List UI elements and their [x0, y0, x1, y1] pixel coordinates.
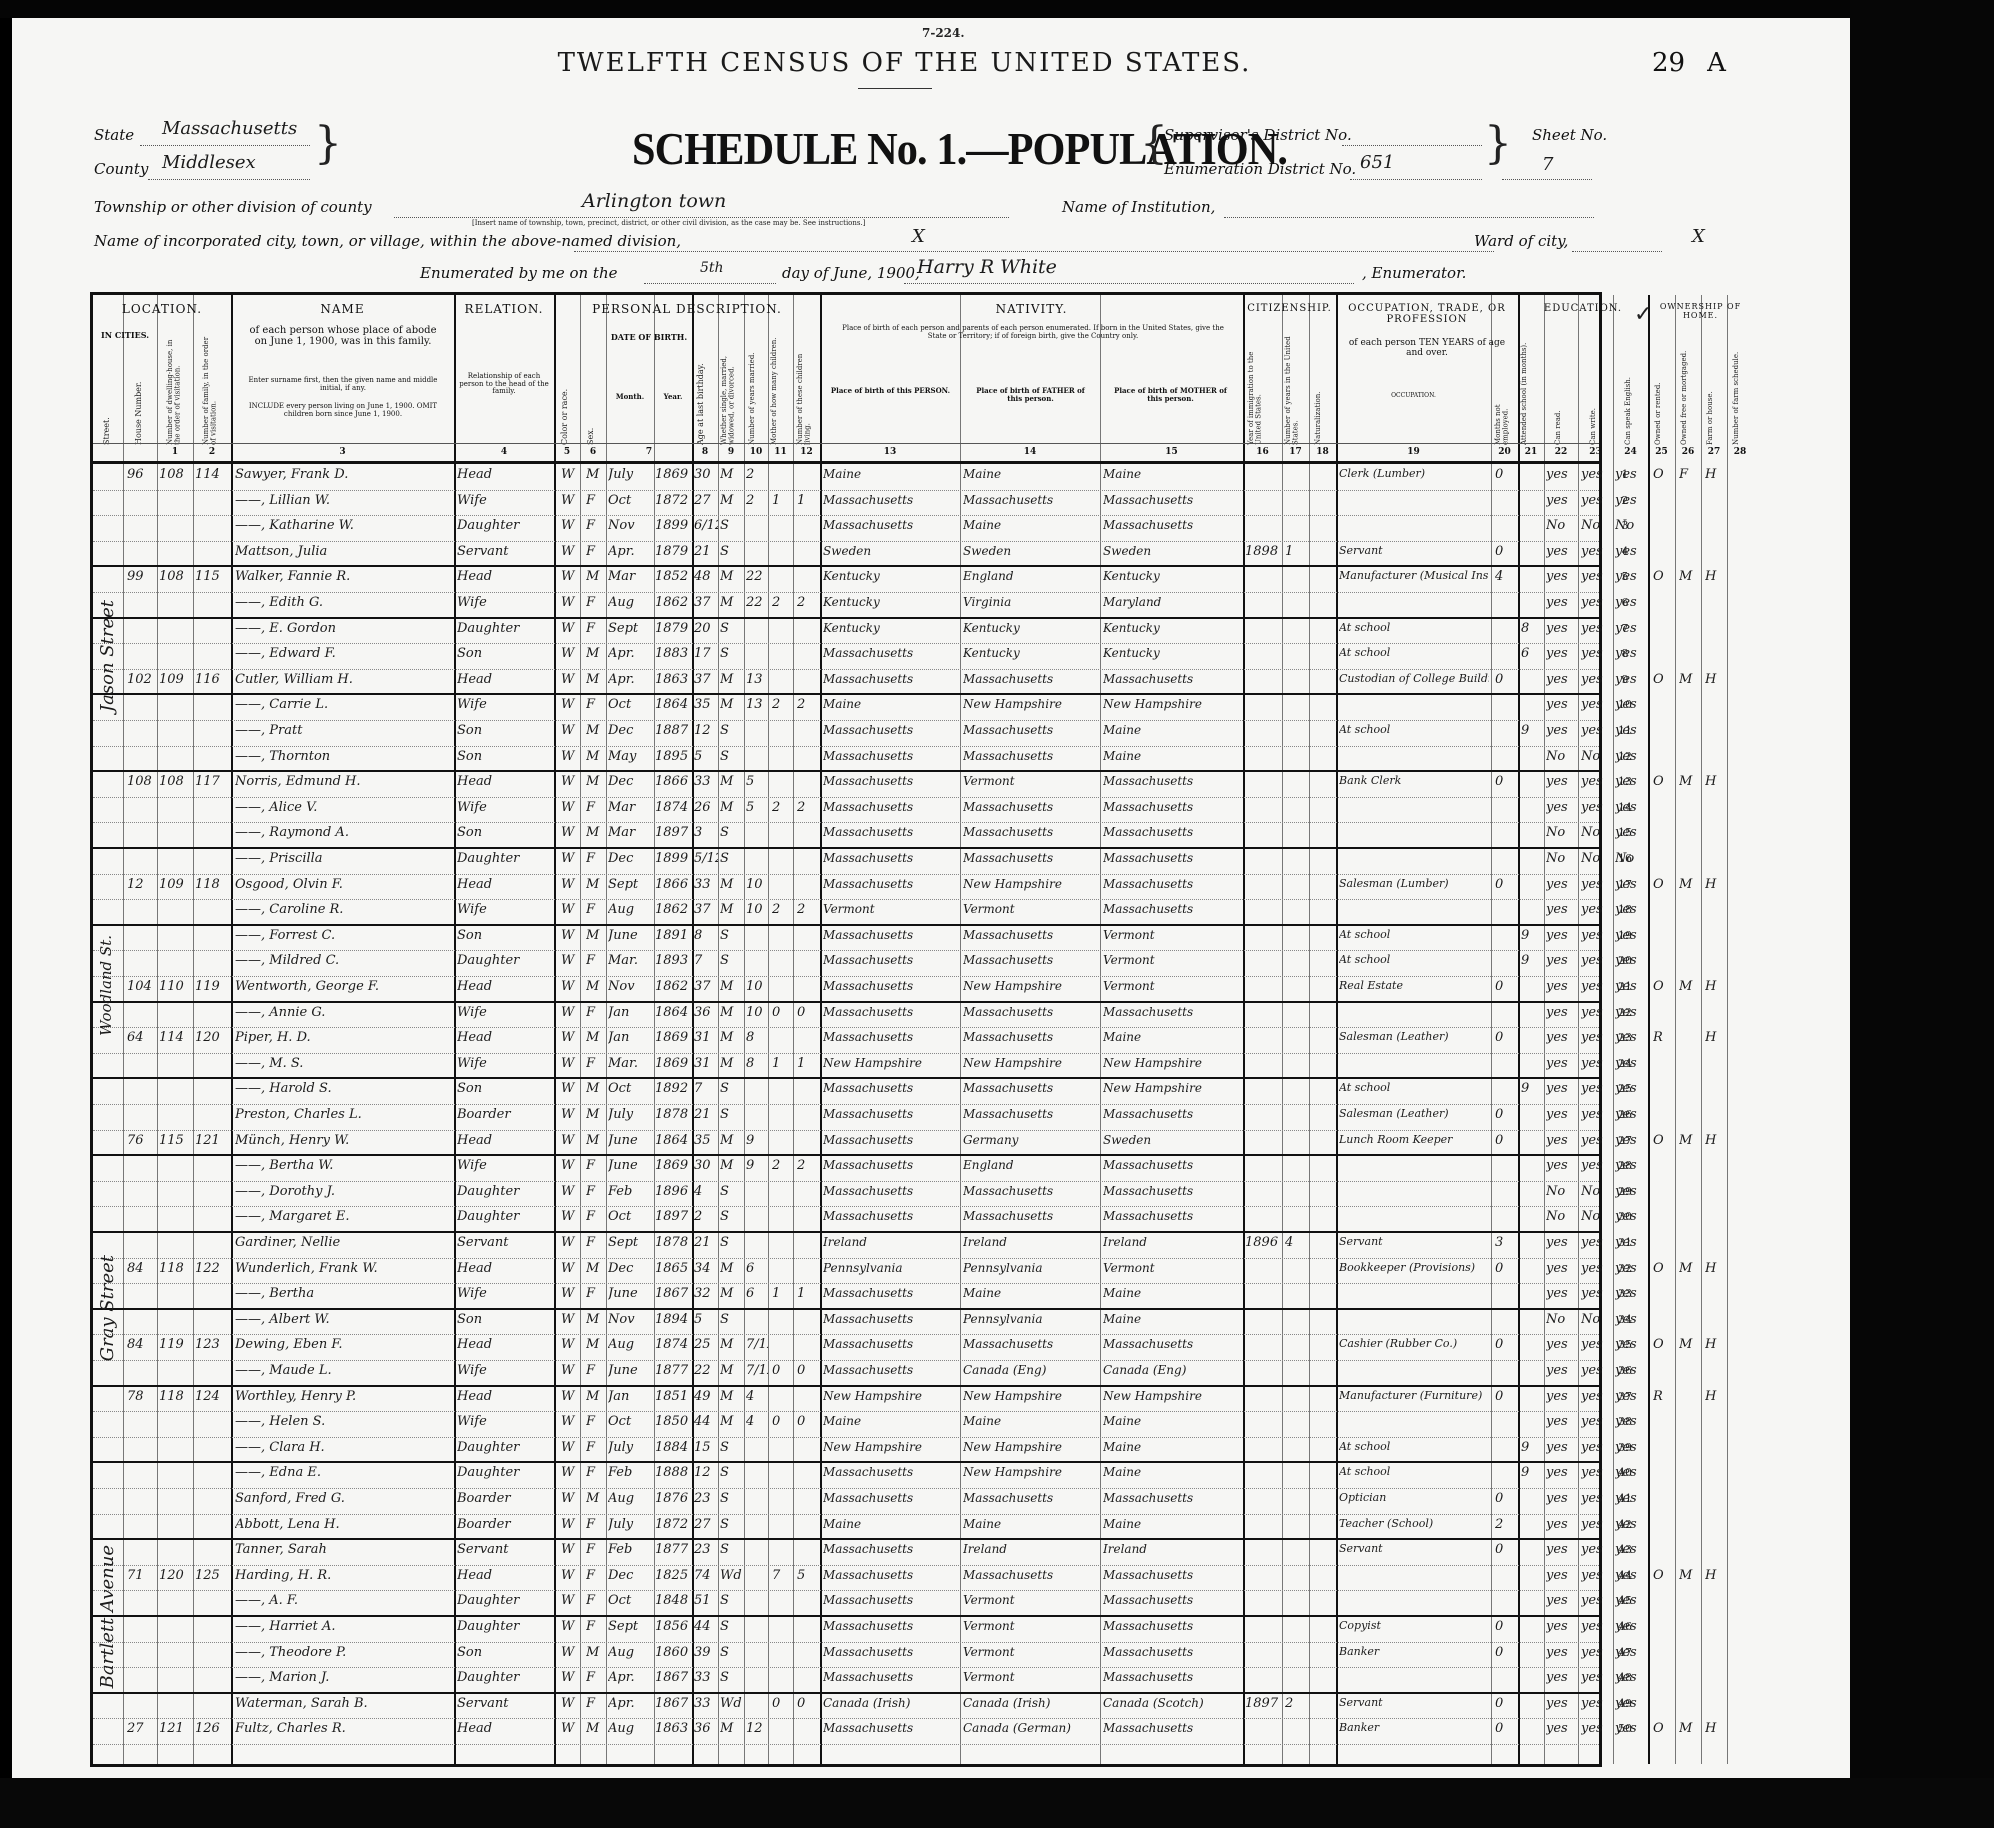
cell-birth: Vermont	[823, 902, 959, 916]
cell-name: Norris, Edmund H.	[235, 774, 451, 789]
table-row: ——, Katharine W.DaughterWFNov18996/12SMa…	[93, 516, 1599, 542]
cell-dwelling: 120	[159, 1568, 193, 1583]
cell-relation: Servant	[457, 1235, 553, 1250]
cell-age: 37	[694, 979, 718, 994]
cell-relation: Daughter	[457, 621, 553, 636]
cell-birth: Massachusetts	[823, 774, 959, 788]
cell-age: 36	[694, 1721, 718, 1736]
vh-months-unemployed: Months not employed.	[1495, 385, 1515, 445]
cell-read: yes	[1546, 1261, 1578, 1276]
cell-school: 9	[1521, 953, 1543, 968]
cell-father: Vermont	[963, 774, 1099, 788]
cell-year: 1848	[655, 1593, 693, 1608]
cell-mother: New Hampshire	[1103, 697, 1241, 711]
cell-age: 7	[694, 953, 718, 968]
cell-read: yes	[1546, 1465, 1578, 1480]
enumerated-label: Enumerated by me on the	[420, 264, 618, 282]
cell-sex: F	[586, 1158, 604, 1173]
cell-dwelling: 119	[159, 1337, 193, 1352]
cell-color: W	[561, 646, 579, 661]
cell-month: Sept	[608, 877, 654, 892]
cell-month: July	[608, 467, 654, 482]
line-number: 50	[1610, 1722, 1640, 1735]
cell-marital: M	[720, 1133, 744, 1148]
cell-year: 1894	[655, 1312, 693, 1327]
cell-mother: Ireland	[1103, 1235, 1241, 1249]
cell-dwelling: 109	[159, 877, 193, 892]
cell-read: yes	[1546, 569, 1578, 584]
table-row: ——, Lillian W.WifeWFOct187227M211Massach…	[93, 491, 1599, 517]
cell-month: Apr.	[608, 672, 654, 687]
cell-year: 1864	[655, 1005, 693, 1020]
cell-sex: M	[586, 1721, 604, 1736]
cell-age: 23	[694, 1542, 718, 1557]
cell-year: 1867	[655, 1696, 693, 1711]
cell-birth: Massachusetts	[823, 518, 959, 532]
cell-color: W	[561, 1261, 579, 1276]
cell-age: 37	[694, 672, 718, 687]
cell-write: No	[1581, 851, 1613, 866]
cell-unemployed: 0	[1495, 1542, 1517, 1557]
street-label: Jason Street	[97, 600, 118, 712]
cell-age: 30	[694, 1158, 718, 1173]
cell-father: England	[963, 569, 1099, 583]
cell-house: 78	[127, 1389, 161, 1404]
cell-name: ——, Dorothy J.	[235, 1184, 451, 1199]
cell-own: R	[1653, 1030, 1675, 1045]
cell-name: Wentworth, George F.	[235, 979, 451, 994]
cell-mother: New Hampshire	[1103, 1056, 1241, 1070]
cell-age: 23	[694, 1491, 718, 1506]
cell-year: 1869	[655, 1030, 693, 1045]
cell-mother: Massachusetts	[1103, 493, 1241, 507]
cell-school: 9	[1521, 1440, 1543, 1455]
cell-mother: Massachusetts	[1103, 1593, 1241, 1607]
cell-free: M	[1679, 979, 1701, 994]
cell-birth: Ireland	[823, 1235, 959, 1249]
cell-month: Aug	[608, 1337, 654, 1352]
enumerated-date: day of June, 1900,	[782, 264, 920, 282]
cell-write: No	[1581, 1312, 1613, 1327]
cell-color: W	[561, 800, 579, 815]
ward-value: X	[1692, 226, 1705, 247]
cell-mother: Vermont	[1103, 953, 1241, 967]
cell-mother: Vermont	[1103, 1261, 1241, 1275]
cell-color: W	[561, 1235, 579, 1250]
cell-month: July	[608, 1440, 654, 1455]
cell-age: 21	[694, 1107, 718, 1122]
cell-occupation: Manufacturer (Musical Instr.)	[1339, 569, 1489, 582]
line-number: 25	[1610, 1082, 1640, 1095]
cell-unemployed: 0	[1495, 1645, 1517, 1660]
cell-write: yes	[1581, 979, 1613, 994]
cell-write: yes	[1581, 1337, 1613, 1352]
cell-marital: M	[720, 493, 744, 508]
cell-yrs-married: 7/12	[746, 1337, 768, 1352]
cell-relation: Servant	[457, 1542, 553, 1557]
cell-birth: Massachusetts	[823, 1209, 959, 1223]
section-location: LOCATION.	[93, 303, 231, 316]
cell-mother-of: 0	[772, 1363, 792, 1378]
cell-relation: Head	[457, 877, 553, 892]
cell-house: 84	[127, 1261, 161, 1276]
cell-age: 12	[694, 723, 718, 738]
line-number: 4	[1610, 545, 1640, 558]
cell-sex: F	[586, 1209, 604, 1224]
cell-name: ——, Margaret E.	[235, 1209, 451, 1224]
cell-father: New Hampshire	[963, 1056, 1099, 1070]
cell-mother: Massachusetts	[1103, 1337, 1241, 1351]
line-number: 7	[1610, 622, 1640, 635]
cell-year: 1872	[655, 493, 693, 508]
cell-month: Dec	[608, 723, 654, 738]
cell-read: yes	[1546, 902, 1578, 917]
cell-yrs-married: 2	[746, 467, 768, 482]
cell-read: yes	[1546, 595, 1578, 610]
cell-father: Vermont	[963, 1645, 1099, 1659]
cell-color: W	[561, 544, 579, 559]
cell-name: ——, Pratt	[235, 723, 451, 738]
cell-write: yes	[1581, 1107, 1613, 1122]
cell-free: M	[1679, 877, 1701, 892]
cell-color: W	[561, 1337, 579, 1352]
column-number: 19	[1336, 447, 1491, 457]
cell-name: ——, Katharine W.	[235, 518, 451, 533]
cell-sex: M	[586, 749, 604, 764]
cell-year: 1863	[655, 1721, 693, 1736]
cell-year: 1883	[655, 646, 693, 661]
cell-birth: Massachusetts	[823, 1005, 959, 1019]
cell-family: 120	[195, 1030, 229, 1045]
cell-birth: Pennsylvania	[823, 1261, 959, 1275]
line-number: 31	[1610, 1236, 1640, 1249]
cell-living: 0	[797, 1363, 817, 1378]
vh-immigration: Year of immigration to the United States…	[1248, 335, 1278, 445]
cell-month: Feb	[608, 1542, 654, 1557]
cell-color: W	[561, 1517, 579, 1532]
cell-relation: Wife	[457, 697, 553, 712]
table-row: 78118124Worthley, Henry P.HeadWMJan18514…	[93, 1387, 1599, 1413]
line-number: 24	[1610, 1057, 1640, 1070]
cell-mother-of: 2	[772, 595, 792, 610]
cell-read: yes	[1546, 1568, 1578, 1583]
cell-write: yes	[1581, 774, 1613, 789]
cell-relation: Head	[457, 1389, 553, 1404]
cell-year: 1891	[655, 928, 693, 943]
cell-father: Maine	[963, 1286, 1099, 1300]
cell-relation: Daughter	[457, 953, 553, 968]
cell-family: 119	[195, 979, 229, 994]
cell-birth: Canada (Irish)	[823, 1696, 959, 1710]
cell-father: Massachusetts	[963, 825, 1099, 839]
table-row: ——, Raymond A.SonWMMar18973SMassachusett…	[93, 823, 1599, 849]
cell-name: ——, Raymond A.	[235, 825, 451, 840]
cell-house: 102	[127, 672, 161, 687]
cell-name: ——, Maude L.	[235, 1363, 451, 1378]
table-row: ——, Harriet A.DaughterWFSept185644SMassa…	[93, 1617, 1599, 1643]
cell-sex: M	[586, 1107, 604, 1122]
cell-month: Nov	[608, 518, 654, 533]
vh-can-write: Can write.	[1590, 385, 1598, 445]
cell-read: yes	[1546, 1235, 1578, 1250]
cell-mother: Massachusetts	[1103, 800, 1241, 814]
cell-marital: S	[720, 1491, 744, 1506]
cell-school: 6	[1521, 646, 1543, 661]
supervisor-label: Supervisor's District No.	[1164, 126, 1352, 144]
cell-mother: Massachusetts	[1103, 1005, 1241, 1019]
cell-write: yes	[1581, 467, 1613, 482]
column-number: 8	[692, 447, 718, 457]
cell-family: 126	[195, 1721, 229, 1736]
table-row: Preston, Charles L.BoarderWMJuly187821SM…	[93, 1105, 1599, 1131]
cell-marital: S	[720, 1235, 744, 1250]
cell-color: W	[561, 1133, 579, 1148]
cell-color: W	[561, 1030, 579, 1045]
relation-desc: Relationship of each person to the head …	[459, 373, 549, 396]
cell-month: Mar	[608, 800, 654, 815]
vh-naturalization: Naturalization.	[1315, 355, 1323, 445]
cell-unemployed: 3	[1495, 1235, 1517, 1250]
cell-month: June	[608, 1363, 654, 1378]
cell-name: ——, Helen S.	[235, 1414, 451, 1429]
cell-mother: Sweden	[1103, 1133, 1241, 1147]
cell-write: yes	[1581, 877, 1613, 892]
cell-write: yes	[1581, 595, 1613, 610]
cell-write: yes	[1581, 1081, 1613, 1096]
table-row: ——, E. GordonDaughterWFSept187920SKentuc…	[93, 619, 1599, 645]
table-row: ——, Maude L.WifeWFJune187722M7/1200Massa…	[93, 1361, 1599, 1387]
cell-unemployed: 0	[1495, 1030, 1517, 1045]
cell-sex: F	[586, 544, 604, 559]
cell-marital: S	[720, 1312, 744, 1327]
cell-age: 30	[694, 467, 718, 482]
line-number: 1	[1610, 468, 1640, 481]
cell-birth: Massachusetts	[823, 1312, 959, 1326]
cell-relation: Daughter	[457, 1465, 553, 1480]
cell-age: 8	[694, 928, 718, 943]
cell-sex: F	[586, 1184, 604, 1199]
cell-father: Pennsylvania	[963, 1261, 1099, 1275]
cell-unemployed: 0	[1495, 1261, 1517, 1276]
cell-yrs-married: 4	[746, 1414, 768, 1429]
cell-write: yes	[1581, 672, 1613, 687]
cell-mother: Massachusetts	[1103, 1670, 1241, 1684]
cell-own: O	[1653, 1261, 1675, 1276]
cell-read: yes	[1546, 1619, 1578, 1634]
cell-color: W	[561, 1005, 579, 1020]
cell-color: W	[561, 1184, 579, 1199]
cell-relation: Daughter	[457, 851, 553, 866]
cell-mother: Maine	[1103, 1312, 1241, 1326]
cell-age: 44	[694, 1414, 718, 1429]
cell-father: Kentucky	[963, 621, 1099, 635]
vh-attended-school: Attended school (in months).	[1521, 335, 1541, 445]
cell-age: 74	[694, 1568, 718, 1583]
cell-marital: M	[720, 1337, 744, 1352]
cell-sex: F	[586, 1670, 604, 1685]
cell-year: 1896	[655, 1184, 693, 1199]
cell-color: W	[561, 877, 579, 892]
vh-children-living: Number of these children living.	[797, 335, 817, 445]
cell-relation: Daughter	[457, 1619, 553, 1634]
cell-write: yes	[1581, 621, 1613, 636]
table-row: ——, Edith G.WifeWFAug186237M2222Kentucky…	[93, 593, 1599, 619]
cell-living: 2	[797, 902, 817, 917]
cell-yrs-married: 6	[746, 1261, 768, 1276]
cell-mother-of: 0	[772, 1696, 792, 1711]
cell-unemployed: 0	[1495, 1721, 1517, 1736]
cell-marital: S	[720, 1184, 744, 1199]
cell-father: Maine	[963, 1517, 1099, 1531]
cell-name: ——, Bertha W.	[235, 1158, 451, 1173]
cell-house: 27	[127, 1721, 161, 1736]
cell-marital: M	[720, 1056, 744, 1071]
cell-write: yes	[1581, 1645, 1613, 1660]
cell-mother: Sweden	[1103, 544, 1241, 558]
cell-occupation: Custodian of College Buildings	[1339, 672, 1489, 685]
cell-write: yes	[1581, 1389, 1613, 1404]
vh-dwelling: Number of dwelling-house, in the order o…	[167, 335, 189, 445]
line-number: 29	[1610, 1185, 1640, 1198]
cell-mother: Maine	[1103, 467, 1241, 481]
section-citizenship: CITIZENSHIP.	[1243, 303, 1336, 314]
cell-marital: Wd	[720, 1696, 744, 1711]
cell-name: ——, Alice V.	[235, 800, 451, 815]
cell-write: yes	[1581, 1133, 1613, 1148]
column-number: 2	[193, 447, 231, 457]
cell-occupation: Cashier (Rubber Co.)	[1339, 1337, 1489, 1350]
cell-birth: Massachusetts	[823, 1670, 959, 1684]
cell-age: 37	[694, 595, 718, 610]
cell-farm: H	[1705, 877, 1727, 892]
cell-unemployed: 0	[1495, 1696, 1517, 1711]
cell-immig: 1898	[1245, 544, 1281, 559]
cell-color: W	[561, 1158, 579, 1173]
cell-farm: H	[1705, 1389, 1727, 1404]
cell-month: Feb	[608, 1184, 654, 1199]
cell-own: R	[1653, 1389, 1675, 1404]
cell-birth: Massachusetts	[823, 646, 959, 660]
line-number: 26	[1610, 1108, 1640, 1121]
cell-occupation: Manufacturer (Furniture)	[1339, 1389, 1489, 1402]
cell-name: Harding, H. R.	[235, 1568, 451, 1583]
cell-birth: Massachusetts	[823, 1619, 959, 1633]
cell-living: 2	[797, 595, 817, 610]
line-number: 35	[1610, 1338, 1640, 1351]
cell-name: Abbott, Lena H.	[235, 1517, 451, 1532]
cell-yrs-married: 10	[746, 877, 768, 892]
cell-sex: M	[586, 1491, 604, 1506]
cell-sex: M	[586, 672, 604, 687]
cell-relation: Head	[457, 774, 553, 789]
cell-unemployed: 0	[1495, 1389, 1517, 1404]
scan-border-right	[1850, 0, 1994, 1828]
cell-marital: S	[720, 1619, 744, 1634]
cell-birth: Massachusetts	[823, 1107, 959, 1121]
cell-year: 1864	[655, 1133, 693, 1148]
township-note: [Insert name of township, town, precinct…	[472, 219, 865, 227]
table-row: ——, Caroline R.WifeWFAug186237M1022Vermo…	[93, 900, 1599, 926]
cell-sex: F	[586, 1363, 604, 1378]
in-cities-label: IN CITIES.	[93, 331, 157, 340]
cell-occupation: At school	[1339, 646, 1489, 659]
cell-name: Sawyer, Frank D.	[235, 467, 451, 482]
cell-month: Jan	[608, 1005, 654, 1020]
cell-mother: Massachusetts	[1103, 877, 1241, 891]
cell-father: Maine	[963, 467, 1099, 481]
cell-farm: H	[1705, 1337, 1727, 1352]
table-row: ——, Marion J.DaughterWFApr.186733SMassac…	[93, 1668, 1599, 1694]
institution-label: Name of Institution,	[1062, 198, 1215, 216]
cell-color: W	[561, 1056, 579, 1071]
vh-farm-schedule: Number of farm schedule.	[1733, 335, 1741, 445]
cell-mother: Kentucky	[1103, 621, 1241, 635]
cell-marital: M	[720, 1005, 744, 1020]
cell-sex: M	[586, 467, 604, 482]
column-number: 21	[1518, 447, 1544, 457]
cell-relation: Wife	[457, 1363, 553, 1378]
cell-marital: S	[720, 1209, 744, 1224]
cell-mother: Maine	[1103, 749, 1241, 763]
cell-year: 1888	[655, 1465, 693, 1480]
cell-house: 64	[127, 1030, 161, 1045]
cell-sex: F	[586, 1414, 604, 1429]
cell-month: Aug	[608, 1721, 654, 1736]
city-line	[574, 250, 1494, 252]
cell-month: Aug	[608, 902, 654, 917]
cell-name: ——, Edna E.	[235, 1465, 451, 1480]
cell-color: W	[561, 774, 579, 789]
cell-color: W	[561, 467, 579, 482]
cell-marital: M	[720, 877, 744, 892]
cell-birth: Massachusetts	[823, 723, 959, 737]
line-number: 2	[1610, 494, 1640, 507]
cell-yrs-married: 10	[746, 902, 768, 917]
cell-father: Pennsylvania	[963, 1312, 1099, 1326]
cell-name: Fultz, Charles R.	[235, 1721, 451, 1736]
cell-yrs-married: 5	[746, 774, 768, 789]
cell-mother: Massachusetts	[1103, 1158, 1241, 1172]
township-line	[394, 216, 1009, 218]
cell-age: 15	[694, 1440, 718, 1455]
cell-relation: Son	[457, 928, 553, 943]
cell-write: yes	[1581, 1670, 1613, 1685]
cell-year: 1879	[655, 621, 693, 636]
line-number: 49	[1610, 1697, 1640, 1710]
cell-marital: S	[720, 825, 744, 840]
cell-sex: F	[586, 518, 604, 533]
cell-color: W	[561, 953, 579, 968]
line-number: 36	[1610, 1364, 1640, 1377]
cell-father: Massachusetts	[963, 493, 1099, 507]
cell-month: Apr.	[608, 1696, 654, 1711]
section-nativity: NATIVITY.	[820, 303, 1243, 316]
cell-own: O	[1653, 1337, 1675, 1352]
cell-name: ——, Bertha	[235, 1286, 451, 1301]
cell-occupation: At school	[1339, 1440, 1489, 1453]
cell-name: ——, Edith G.	[235, 595, 451, 610]
cell-name: Dewing, Eben F.	[235, 1337, 451, 1352]
cell-unemployed: 0	[1495, 877, 1517, 892]
cell-relation: Wife	[457, 902, 553, 917]
cell-age: 5	[694, 1312, 718, 1327]
cell-sex: F	[586, 1542, 604, 1557]
cell-occupation: Servant	[1339, 1542, 1489, 1555]
cell-free: M	[1679, 1721, 1701, 1736]
cell-write: No	[1581, 1184, 1613, 1199]
cell-year: 1872	[655, 1517, 693, 1532]
cell-mother-of: 2	[772, 800, 792, 815]
